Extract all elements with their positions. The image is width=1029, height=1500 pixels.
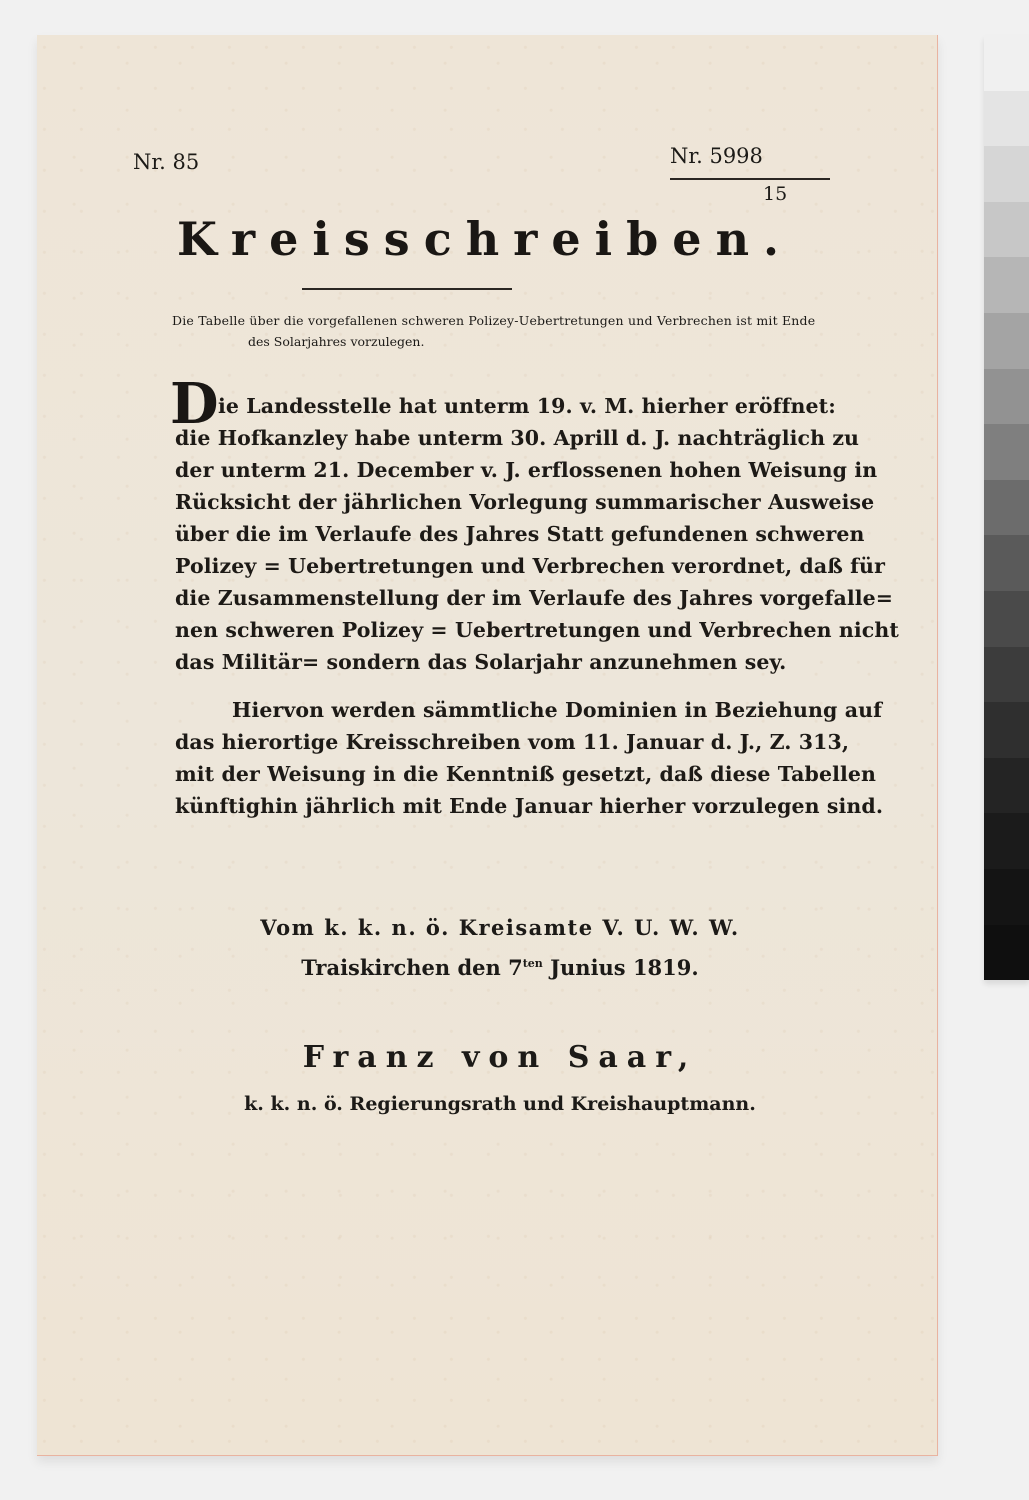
grey-scale-step: [984, 369, 1029, 425]
paragraph2-line: Hiervon werden sämmtliche Dominien in Be…: [232, 698, 830, 722]
grey-scale-step: [984, 313, 1029, 369]
grey-scale-step: [984, 35, 1029, 91]
title-underline-rule: [302, 288, 512, 290]
paragraph1-line: der unterm 21. December v. J. erflossene…: [175, 458, 830, 482]
paragraph2-line: das hierortige Kreisschreiben vom 11. Ja…: [175, 730, 830, 754]
paragraph1-line: das Militär= sondern das Solarjahr anzun…: [175, 650, 830, 674]
place-date-prefix: Traiskirchen den 7: [301, 955, 522, 980]
number-divider-rule: [670, 178, 830, 180]
signer-title: k. k. n. ö. Regierungsrath und Kreishaup…: [0, 1093, 1000, 1115]
grey-scale-step: [984, 424, 1029, 480]
grey-scale-step: [984, 480, 1029, 536]
summary-line-2: des Solarjahres vorzulegen.: [248, 334, 424, 349]
grey-scale-step: [984, 813, 1029, 869]
document-number-right: Nr. 5998: [670, 144, 763, 168]
paragraph1-line: Rücksicht der jährlichen Vorlegung summa…: [175, 490, 830, 514]
issuer-line: Vom k. k. n. ö. Kreisamte V. U. W. W.: [0, 915, 1000, 940]
paragraph2-line: künftighin jährlich mit Ende Januar hier…: [175, 794, 830, 818]
place-date-superscript: ten: [523, 957, 543, 970]
paragraph1-line: die Hofkanzley habe unterm 30. Aprill d.…: [175, 426, 830, 450]
paragraph1-line: über die im Verlaufe des Jahres Statt ge…: [175, 522, 830, 546]
grey-scale-step: [984, 758, 1029, 814]
signer-name: Franz von Saar,: [0, 1040, 1000, 1075]
grey-scale-step: [984, 257, 1029, 313]
grey-scale-step: [984, 647, 1029, 703]
grey-scale-step: [984, 91, 1029, 147]
paragraph2-line: mit der Weisung in die Kenntniß gesetzt,…: [175, 762, 830, 786]
grey-scale-step: [984, 702, 1029, 758]
page-title: Kreisschreiben.: [0, 212, 970, 266]
place-date-line: Traiskirchen den 7ten Junius 1819.: [0, 955, 1000, 980]
grey-scale-step: [984, 146, 1029, 202]
place-date-suffix: Junius 1819.: [543, 955, 699, 980]
grey-scale-step: [984, 202, 1029, 258]
paragraph1-line: ie Landesstelle hat unterm 19. v. M. hie…: [218, 394, 830, 418]
paragraph1-line: die Zusammenstellung der im Verlaufe des…: [175, 586, 830, 610]
summary-line-1: Die Tabelle über die vorgefallenen schwe…: [172, 313, 815, 328]
grey-scale-step: [984, 591, 1029, 647]
document-number-sub: 15: [763, 183, 787, 205]
paragraph1-line: nen schweren Polizey = Uebertretungen un…: [175, 618, 830, 642]
drop-cap: D: [170, 376, 219, 432]
document-number-left: Nr. 85: [133, 150, 199, 174]
grey-scale-calibration-strip: [984, 35, 1029, 980]
grey-scale-step: [984, 535, 1029, 591]
paragraph1-line: Polizey = Uebertretungen und Verbrechen …: [175, 554, 830, 578]
